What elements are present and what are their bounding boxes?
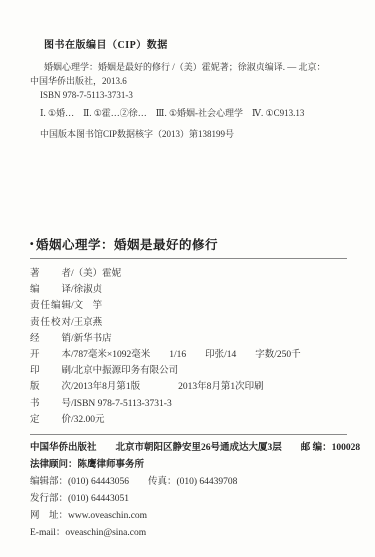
publisher-website-line: 网 址：www.oveaschin.com bbox=[30, 508, 347, 525]
field-row-format: 开 本/787毫米×1092毫米 1/16 印张/14 字数/250千 bbox=[30, 347, 347, 363]
cip-block: 图书在版编目（CIP）数据 婚姻心理学：婚姻是最好的修行 /（美）霍妮著；徐淑贞… bbox=[30, 36, 347, 141]
cip-line-publisher: 中国华侨出版社，2013.6 bbox=[30, 74, 347, 88]
field-label: 责任校对 bbox=[30, 315, 71, 331]
field-row-translator: 编 译/徐淑贞 bbox=[30, 282, 347, 298]
publisher-divider bbox=[30, 434, 347, 435]
cip-line-record-number: 中国版本图书馆CIP数据核字（2013）第138199号 bbox=[40, 127, 347, 141]
field-label: 著 者 bbox=[30, 266, 71, 282]
field-row-price: 定 价/32.00元 bbox=[30, 412, 347, 428]
field-value: /（美）霍妮 bbox=[71, 269, 121, 279]
imprint-fields: 著 者/（美）霍妮 编 译/徐淑贞 责任编辑/文 竽 责任校对/王京燕 经 销/… bbox=[30, 266, 347, 428]
publisher-editorial-phone-line: 编辑部：(010) 64443056 传真：(010) 64439708 bbox=[30, 474, 347, 491]
field-value: /787毫米×1092毫米 1/16 印张/14 字数/250千 bbox=[71, 350, 301, 360]
field-value: /北京中振源印务有限公司 bbox=[71, 366, 178, 376]
field-row-editor: 责任编辑/文 竽 bbox=[30, 298, 347, 314]
field-row-proofreader: 责任校对/王京燕 bbox=[30, 315, 347, 331]
field-row-author: 著 者/（美）霍妮 bbox=[30, 266, 347, 282]
cip-heading: 图书在版编目（CIP）数据 bbox=[44, 36, 347, 51]
field-row-edition: 版 次/2013年8月第1版 2013年8月第1次印刷 bbox=[30, 379, 347, 395]
field-label: 经 销 bbox=[30, 331, 71, 347]
field-row-isbn: 书 号/ISBN 978-7-5113-3731-3 bbox=[30, 396, 347, 412]
field-label: 责任编辑 bbox=[30, 298, 71, 314]
field-value: /ISBN 978-7-5113-3731-3 bbox=[71, 399, 172, 409]
colophon-page: 图书在版编目（CIP）数据 婚姻心理学：婚姻是最好的修行 /（美）霍妮著；徐淑贞… bbox=[0, 0, 375, 557]
bullet-icon: • bbox=[30, 239, 34, 250]
title-divider bbox=[30, 258, 347, 259]
field-label: 编 译 bbox=[30, 282, 71, 298]
field-value: /王京燕 bbox=[71, 318, 102, 328]
field-label: 定 价 bbox=[30, 412, 71, 428]
field-label: 版 次 bbox=[30, 379, 71, 395]
book-title: 婚姻心理学：婚姻是最好的修行 bbox=[36, 235, 218, 253]
field-label: 印 刷 bbox=[30, 363, 71, 379]
cip-line-classification: Ⅰ. ①婚… Ⅱ. ①霍…②徐… Ⅲ. ①婚姻-社会心理学 Ⅳ. ①C913.1… bbox=[40, 106, 347, 120]
cip-line-description: 婚姻心理学：婚姻是最好的修行 /（美）霍妮著；徐淑贞编译. — 北京： bbox=[44, 60, 347, 74]
field-value: /徐淑贞 bbox=[71, 285, 102, 295]
field-row-printer: 印 刷/北京中振源印务有限公司 bbox=[30, 363, 347, 379]
field-row-distributor: 经 销/新华书店 bbox=[30, 331, 347, 347]
publisher-legal-line: 法律顾问：陈鹰律师事务所 bbox=[30, 457, 347, 474]
book-title-row: • 婚姻心理学：婚姻是最好的修行 bbox=[30, 235, 347, 253]
field-label: 开 本 bbox=[30, 347, 71, 363]
field-label: 书 号 bbox=[30, 396, 71, 412]
publisher-block: 中国华侨出版社 北京市朝阳区静安里26号通成达大厦3层 邮 编：100028 法… bbox=[30, 440, 347, 542]
publisher-address-line: 中国华侨出版社 北京市朝阳区静安里26号通成达大厦3层 邮 编：100028 bbox=[30, 440, 347, 457]
publisher-distribution-phone-line: 发行部：(010) 64443051 bbox=[30, 491, 347, 508]
field-value: /新华书店 bbox=[71, 334, 112, 344]
field-value: /32.00元 bbox=[71, 415, 105, 425]
publisher-email-line: E-mail：oveaschin@sina.com bbox=[30, 525, 347, 542]
field-value: /2013年8月第1版 2013年8月第1次印刷 bbox=[71, 382, 264, 392]
cip-line-isbn: ISBN 978-7-5113-3731-3 bbox=[40, 88, 347, 102]
field-value: /文 竽 bbox=[71, 301, 102, 311]
